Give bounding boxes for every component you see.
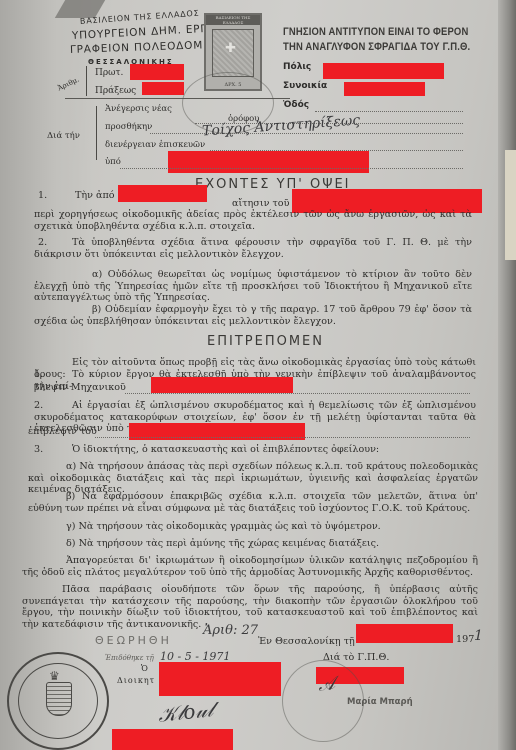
document-page: ΒΑΣΙΛΕΙΟΝ ΤΗΣ ΕΛΛΑΔΟΣ ΥΠΟΥΡΓΕΙΟΝ ΔΗΜ. ΕΡ… <box>0 0 516 750</box>
thewrithi-stamp: ΘΕΩΡΗΘΗ <box>95 634 172 647</box>
prosthikin-label: προσθήκην <box>105 122 152 132</box>
cross-icon: ✚ <box>225 41 236 56</box>
redaction-application-date <box>118 185 207 202</box>
redaction-issue-date <box>356 624 453 643</box>
item1-number: 1. <box>38 190 47 201</box>
handwritten-arithmos: Ἀριθ: 27 <box>203 623 258 638</box>
odos-line <box>315 111 463 112</box>
dia-tin-label: Διά τήν <box>47 131 80 141</box>
redaction-applicant <box>168 151 369 173</box>
o-label: Ὁ <box>141 664 148 673</box>
redaction-praxeos-number <box>142 82 184 95</box>
item2a-text: α) Οὐδόλως θεωρεῖται ὡς νομίμως ὑφιστάμε… <box>34 269 472 304</box>
purpose-bracket <box>96 106 97 160</box>
paper-scrap <box>505 150 516 260</box>
director-signature: 𝒦𝓁𝑜𝓊𝓁 <box>157 697 214 727</box>
arithm-bracket <box>86 66 87 96</box>
ministry-round-stamp: ♛ <box>7 652 109 750</box>
year-handwritten: 1 <box>474 628 483 644</box>
item1-start: Τὴν ἀπό <box>75 190 115 201</box>
redaction-synoikia <box>344 82 425 96</box>
item1-text: περὶ χορηγήσεως οἰκοδομικῆς ἀδείας πρὸς … <box>34 209 472 232</box>
dioikitis-label: Διοικητ <box>117 676 155 685</box>
supervisor-line <box>95 437 470 438</box>
crown-icon: ♛ <box>49 669 60 683</box>
synoikia-label: Συνοικία <box>283 81 327 91</box>
term3d-text: δ) Νὰ τηρήσουν τὰς περὶ ἀμύνης τῆς χώρας… <box>66 538 379 549</box>
coat-of-arms-icon <box>46 682 72 716</box>
term3c-text: γ) Νὰ τηρήσουν τὰς οἰκοδομικὰς γραμμὰς ὡ… <box>66 521 381 532</box>
redaction-prot-number <box>130 64 184 80</box>
authentic-copy-line2: ΤΗΝ ΑΝΑΓΛΥΦΟΝ ΣΦΡΑΓΙΔΑ ΤΟΥ Γ.Π.Θ. <box>283 41 470 53</box>
ypo-line <box>120 168 463 169</box>
redaction-director-name <box>159 662 281 696</box>
revenue-stamp-title: ΒΑΣΙΛΕΙΟΝ ΤΗΣ ΕΛΛΑΔΟΣ <box>206 15 260 25</box>
item2b-text: β) Οὐδεμίαν ἐφαρμογὴν ἔχει τὸ γ τῆς παρα… <box>34 304 472 327</box>
year-printed: 197 <box>456 634 474 645</box>
redaction-polis <box>323 63 444 79</box>
term2-continued: ἐπίβλεψιν τοῦ <box>28 426 97 437</box>
section-heading-epitrepomen: ΕΠΙΤΡΕΠΟΜΕΝ <box>207 334 324 349</box>
dienergeian-label: διενέργειαν ἐπισκευῶν <box>105 140 205 150</box>
place-date-label: Ἐν Θεσσαλονίκῃ τῇ <box>258 636 355 647</box>
polis-label: Πόλις <box>283 62 311 72</box>
faint-round-stamp <box>282 660 364 742</box>
redaction-director-title <box>112 729 233 750</box>
engineer-line <box>125 393 470 394</box>
praxeos-label: Πράξεως <box>95 86 136 96</box>
authentic-copy-line1: ΓΝΗΣΙΟΝ ΑΝΤΙΤΥΠΟΝ ΕΙΝΑΙ ΤΟ ΦΕΡΟΝ <box>283 26 468 38</box>
prohibition-text: Ἀπαγορεύεται δι' ἰκριωμάτων ἢ οἰκοδομησί… <box>22 555 478 578</box>
term3-number: 3. <box>34 444 43 455</box>
anegersis-label: Ἀνέγερσις νέας <box>105 104 172 114</box>
term3-text: Ὁ ἰδιοκτήτης, ὁ κατασκευαστὴς καὶ οἱ ἐπι… <box>72 444 379 455</box>
ypo-label: ὑπό <box>105 157 121 167</box>
prot-label: Πρωτ. <box>95 68 123 78</box>
term3b-text: β) Νὰ ἐφαρμόσουν ἐπακριβῶς σχέδια κ.λ.π.… <box>28 491 478 514</box>
item2-text: Τὰ ὑποβληθέντα σχέδια ἅτινα φέρουσιν τὴν… <box>34 237 472 260</box>
epidotheis-label: Ἐπιδόθηκε τῇ <box>105 654 154 662</box>
redaction-engineer <box>151 377 293 393</box>
page-edge <box>498 0 516 750</box>
prosthikin-line <box>150 133 463 134</box>
term1-continued: βλεψιν Μηχανικοῦ <box>34 382 126 393</box>
odos-label: Ὁδός <box>283 100 309 110</box>
